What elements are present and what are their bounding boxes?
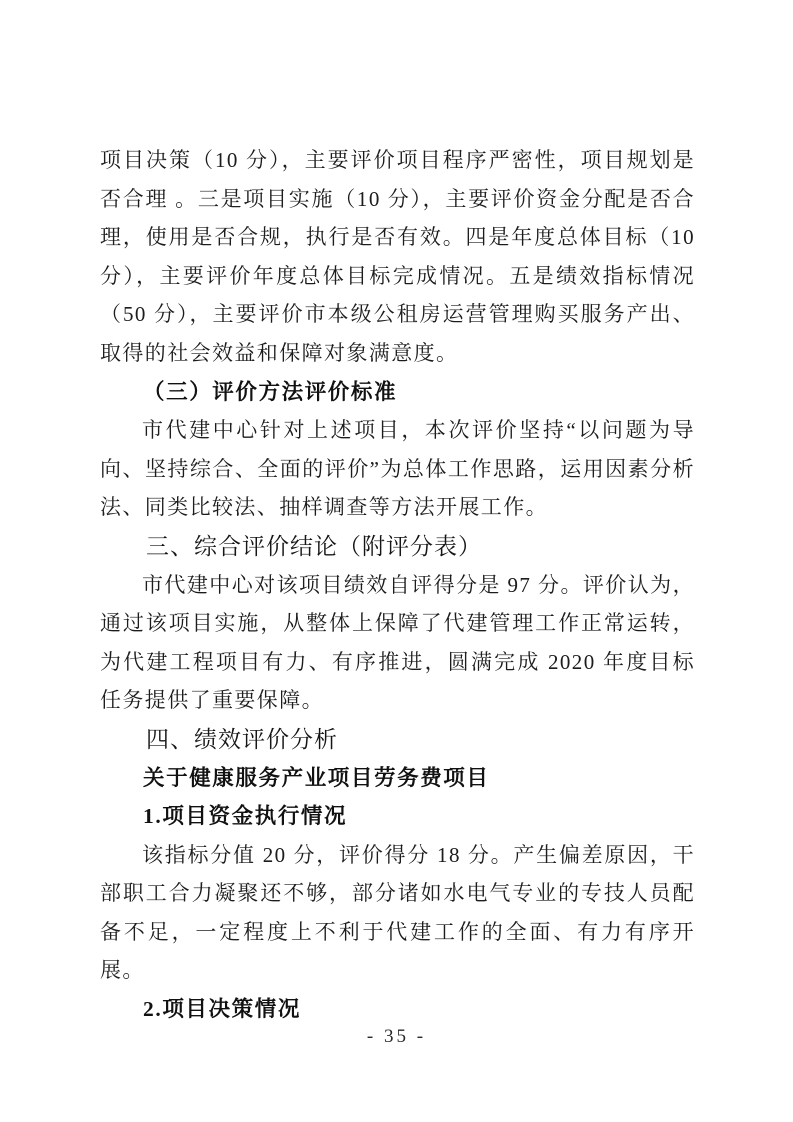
body-paragraph-scoring-criteria: 项目决策（10 分），主要评价项目程序严密性，项目规划是否合理 。三是项目实施（… [100,141,695,373]
body-paragraph-fund-execution-detail: 该指标分值 20 分，评价得分 18 分。产生偏差原因，干部职工合力凝聚还不够，… [100,836,695,990]
project-title-heading-health-service-labor-fee: 关于健康服务产业项目劳务费项目 [100,759,695,798]
page-number-footer: - 35 - [0,1026,793,1048]
document-content: 项目决策（10 分），主要评价项目程序严密性，项目规划是否合理 。三是项目实施（… [100,141,695,1029]
numbered-subheading-project-decision: 2.项目决策情况 [100,990,695,1029]
body-paragraph-evaluation-method: 市代建中心针对上述项目，本次评价坚持“以问题为导向、坚持综合、全面的评价”为总体… [100,411,695,527]
subsection-heading-evaluation-method: （三）评价方法评价标准 [100,373,695,412]
section-heading-performance-analysis: 四、绩效评价分析 [100,720,695,759]
document-page: 项目决策（10 分），主要评价项目程序严密性，项目规划是否合理 。三是项目实施（… [0,0,793,1122]
section-heading-comprehensive-conclusion: 三、综合评价结论（附评分表） [100,527,695,566]
body-paragraph-conclusion-score: 市代建中心对该项目绩效自评得分是 97 分。评价认为，通过该项目实施，从整体上保… [100,566,695,720]
numbered-subheading-fund-execution: 1.项目资金执行情况 [100,797,695,836]
